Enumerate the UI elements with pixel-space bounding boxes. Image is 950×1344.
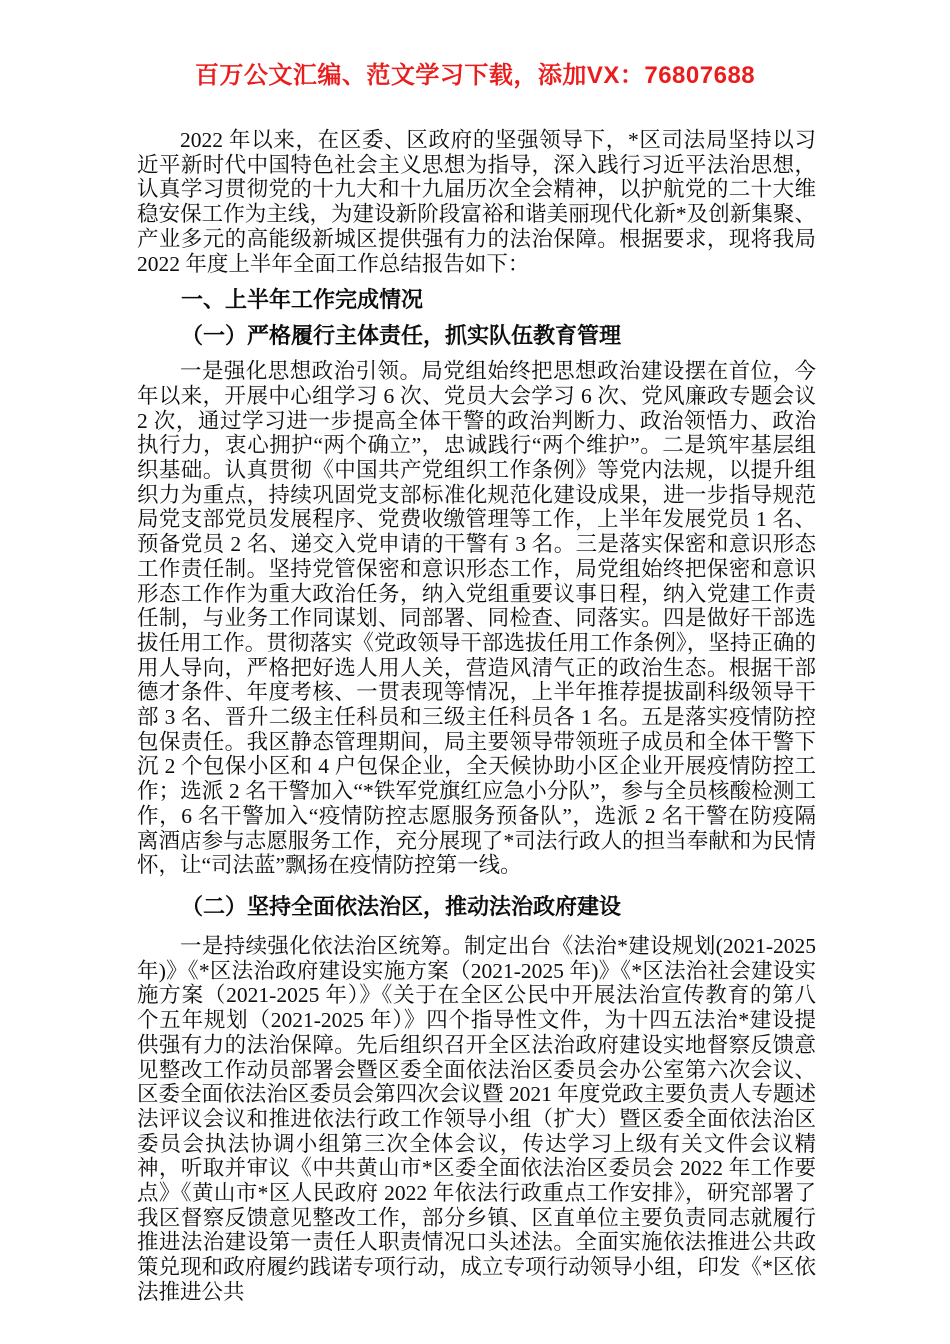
document-page: 百万公文汇编、范文学习下载，添加VX：76807688 2022 年以来，在区委… bbox=[0, 0, 950, 1344]
subsection-heading-1-2: （二）坚持全面依法治区，推动法治政府建设 bbox=[137, 894, 816, 919]
promo-banner: 百万公文汇编、范文学习下载，添加VX：76807688 bbox=[0, 62, 950, 90]
intro-paragraph: 2022 年以来，在区委、区政府的坚强领导下，*区司法局坚持以习近平新时代中国特… bbox=[137, 128, 816, 276]
subsection-heading-1-1: （一）严格履行主体责任，抓实队伍教育管理 bbox=[137, 323, 816, 348]
subsection-1-2-paragraph: 一是持续强化依法治区统筹。制定出台《法治*建设规划(2021-2025 年)》《… bbox=[137, 934, 816, 1305]
document-body: 2022 年以来，在区委、区政府的坚强领导下，*区司法局坚持以习近平新时代中国特… bbox=[137, 128, 816, 1305]
subsection-1-1-paragraph: 一是强化思想政治引领。局党组始终把思想政治建设摆在首位，今年以来，开展中心组学习… bbox=[137, 359, 816, 878]
section-heading-1: 一、上半年工作完成情况 bbox=[137, 287, 816, 312]
promo-banner-text: 百万公文汇编、范文学习下载，添加VX：76807688 bbox=[195, 62, 755, 89]
